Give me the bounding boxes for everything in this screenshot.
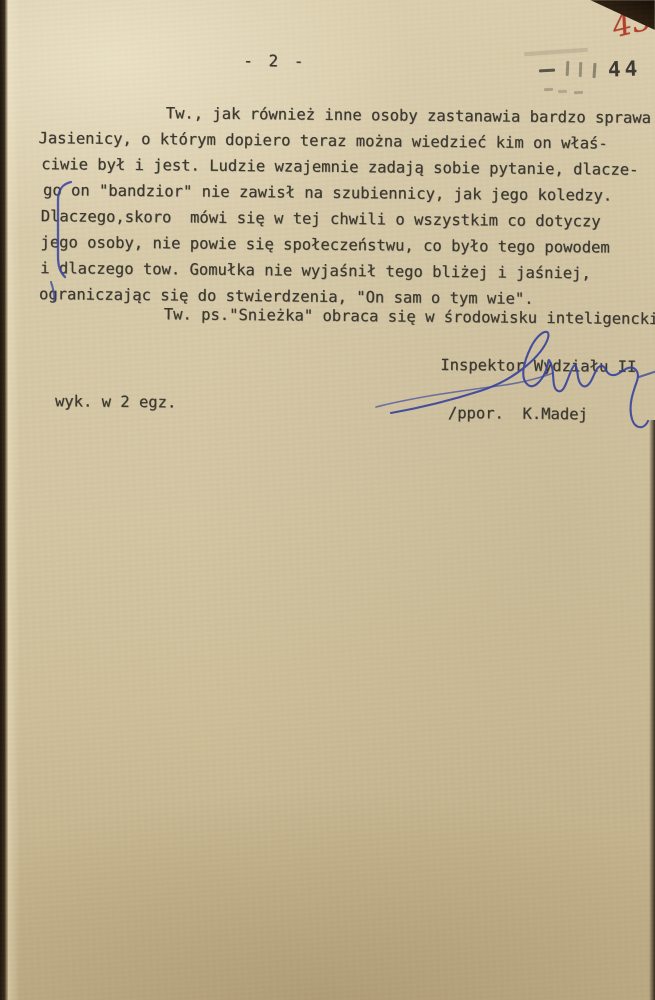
stamp-tick-mark [579,62,583,77]
document-scan-page: - 2 - Tw., jak również inne osoby zastan… [0,0,655,1000]
main-paragraph: Tw., jak również inne osoby zastanawia b… [40,99,655,313]
stamp-dot-mark [558,90,567,93]
stamp-dot-mark [544,88,553,91]
stamped-page-number: 44 [608,56,642,81]
scan-left-edge [0,0,8,1000]
stamp-dot-mark [574,91,583,94]
paper-edge-highlight [8,0,20,1000]
signature-name: /ppor. K.Madej [448,404,588,423]
signature-title: Inspektor Wydziału II [440,356,636,376]
page-number-header: - 2 - [243,51,306,71]
scan-right-edge [649,420,655,1000]
copies-note: wyk. w 2 egz. [55,392,176,411]
typed-content-layer: - 2 - Tw., jak również inne osoby zastan… [0,0,655,1000]
